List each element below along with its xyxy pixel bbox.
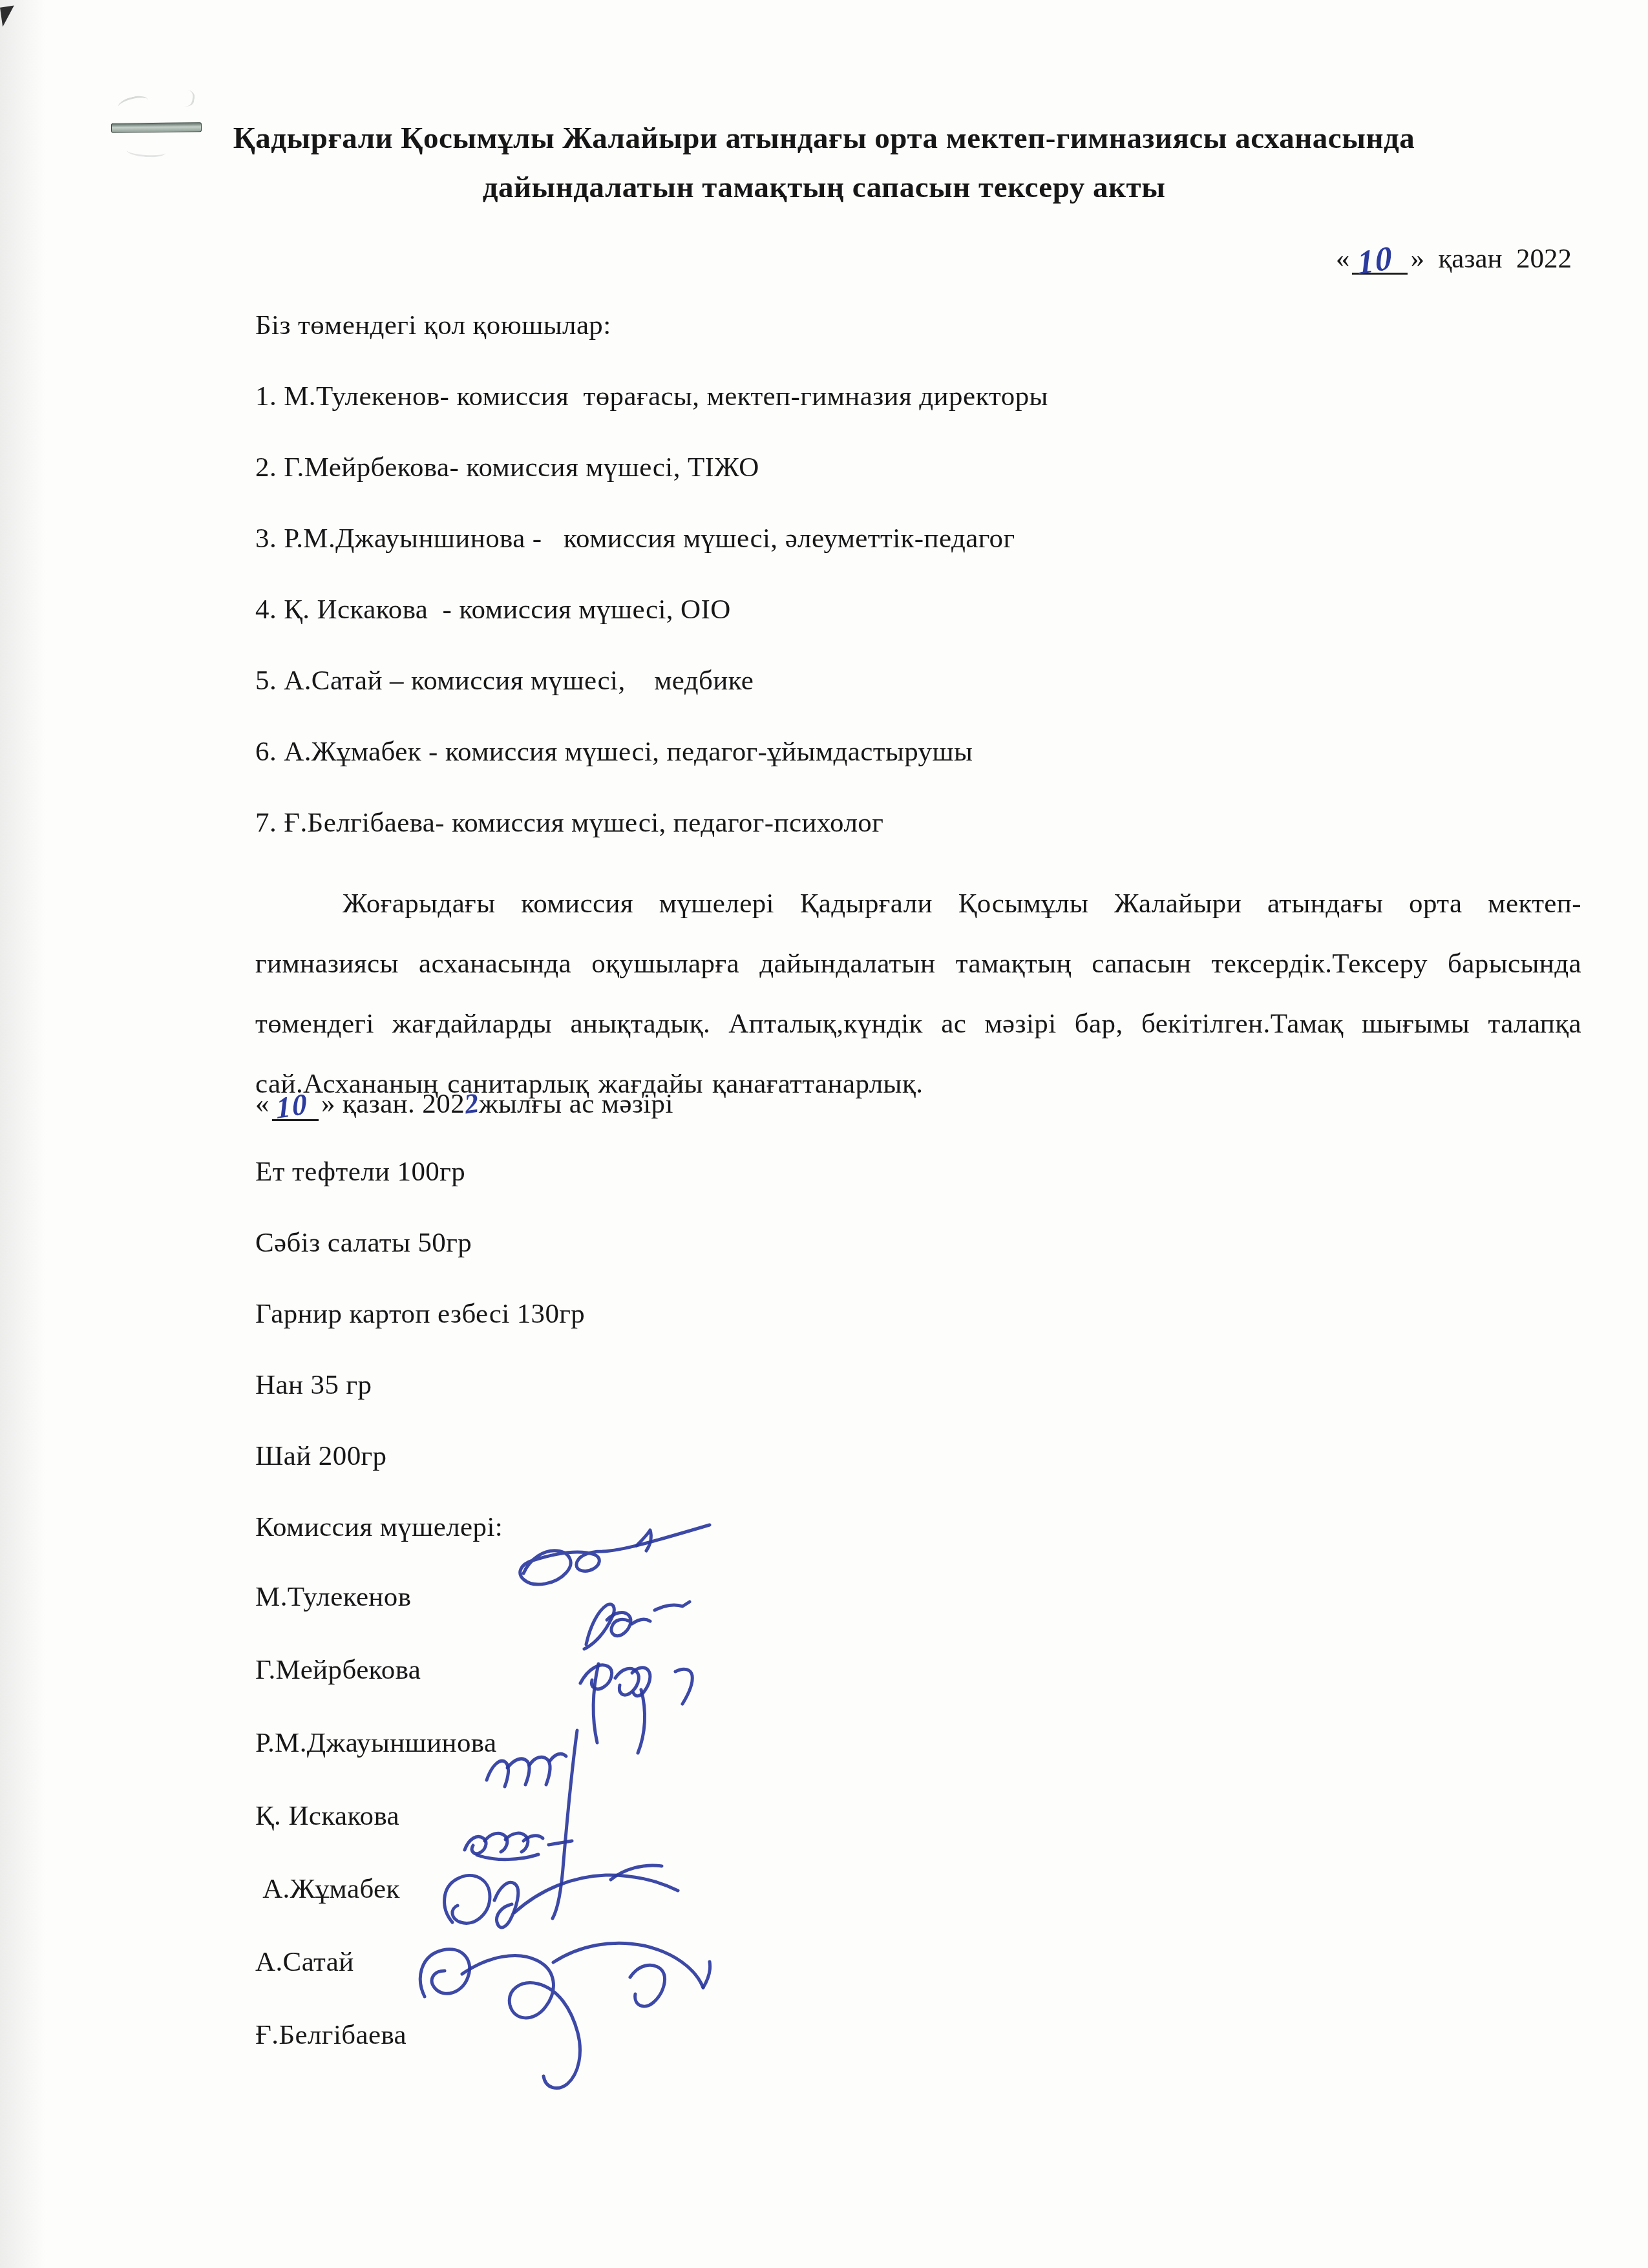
menu-date-text: қазан. 202 xyxy=(335,1087,465,1121)
scan-edge-shadow xyxy=(0,0,45,2268)
body-paragraph: Жоғарыдағы комиссия мүшелері Қадырғали Қ… xyxy=(255,874,1581,1114)
close-quote: » xyxy=(1410,243,1424,275)
signer-name: А.Жұмабек xyxy=(255,1873,400,1906)
open-quote: « xyxy=(1336,243,1350,275)
signature-meirbekova-ink xyxy=(553,1586,708,1661)
commission-member-item: 3. Р.М.Джауыншинова - комиссия мүшесі, ә… xyxy=(255,522,1015,556)
signature-zhumabek-ink xyxy=(456,1812,582,1871)
signer-name: Ғ.Белгібаева xyxy=(255,2019,407,2052)
close-quote: » xyxy=(321,1087,335,1121)
handwritten-day-ink: 10 xyxy=(275,1087,309,1126)
document-title-line1: Қадырғали Қосымұлы Жалайыри атындағы орт… xyxy=(233,121,1415,155)
commission-member-item: 1. М.Тулекенов- комиссия төрағасы, мекте… xyxy=(255,380,1048,414)
signer-name: Г.Мейрбекова xyxy=(255,1654,421,1687)
menu-item: Нан 35 гр xyxy=(255,1369,372,1402)
scan-smudge xyxy=(172,87,196,107)
open-quote: « xyxy=(255,1087,269,1121)
commission-member-item: 2. Г.Мейрбекова- комиссия мүшесі, ТІЖО xyxy=(255,451,759,485)
scan-smudge xyxy=(116,94,150,114)
signer-name: Қ. Искакова xyxy=(255,1800,399,1833)
menu-item: Ет тефтели 100гр xyxy=(255,1155,465,1189)
signature-dzhauynshinova-ink xyxy=(556,1644,714,1761)
handwritten-day-ink: 10 xyxy=(1357,242,1394,281)
signature-belgibaeva-ink xyxy=(397,1913,724,2103)
month-year: қазан 2022 xyxy=(1424,243,1572,275)
document-title: Қадырғали Қосымұлы Жалайыри атындағы орт… xyxy=(0,114,1648,212)
signer-name: Р.М.Джауыншинова xyxy=(255,1727,496,1760)
commission-member-item: 5. А.Сатай – комиссия мүшесі, медбике xyxy=(255,664,754,698)
menu-date-line: « 10 » қазан. 202 2 жылғы ас мәзірі xyxy=(255,1087,673,1121)
signature-heading: Комиссия мүшелері: xyxy=(255,1511,503,1544)
scan-corner-artifact xyxy=(0,6,17,27)
signature-tulekenov-ink xyxy=(504,1512,717,1602)
signer-name: А.Сатай xyxy=(255,1946,354,1979)
intro-line: Біз төмендегі қол қоюшылар: xyxy=(255,309,611,342)
handwritten-day-field: 10 xyxy=(272,1087,319,1121)
scanned-document-page: Қадырғали Қосымұлы Жалайыри атындағы орт… xyxy=(0,0,1648,2268)
commission-member-item: 7. Ғ.Белгібаева- комиссия мүшесі, педаго… xyxy=(255,806,883,840)
commission-member-item: 4. Қ. Искакова - комиссия мүшесі, ОІО xyxy=(255,593,731,627)
menu-item: Гарнир картоп езбесі 130гр xyxy=(255,1297,585,1331)
header-date: « 10 » қазан 2022 xyxy=(1336,238,1572,275)
document-title-line2: дайындалатын тамақтың сапасын тексеру ак… xyxy=(483,171,1166,204)
signer-name: М.Тулекенов xyxy=(255,1580,411,1614)
signature-satai-ink xyxy=(417,1851,692,1951)
commission-member-item: 6. А.Жұмабек - комиссия мүшесі, педагог-… xyxy=(255,735,973,769)
handwritten-day-field: 10 xyxy=(1352,238,1408,275)
menu-date-text: жылғы ас мәзірі xyxy=(479,1087,673,1121)
menu-item: Шай 200гр xyxy=(255,1440,386,1473)
menu-item: Сәбіз салаты 50гр xyxy=(255,1226,472,1260)
